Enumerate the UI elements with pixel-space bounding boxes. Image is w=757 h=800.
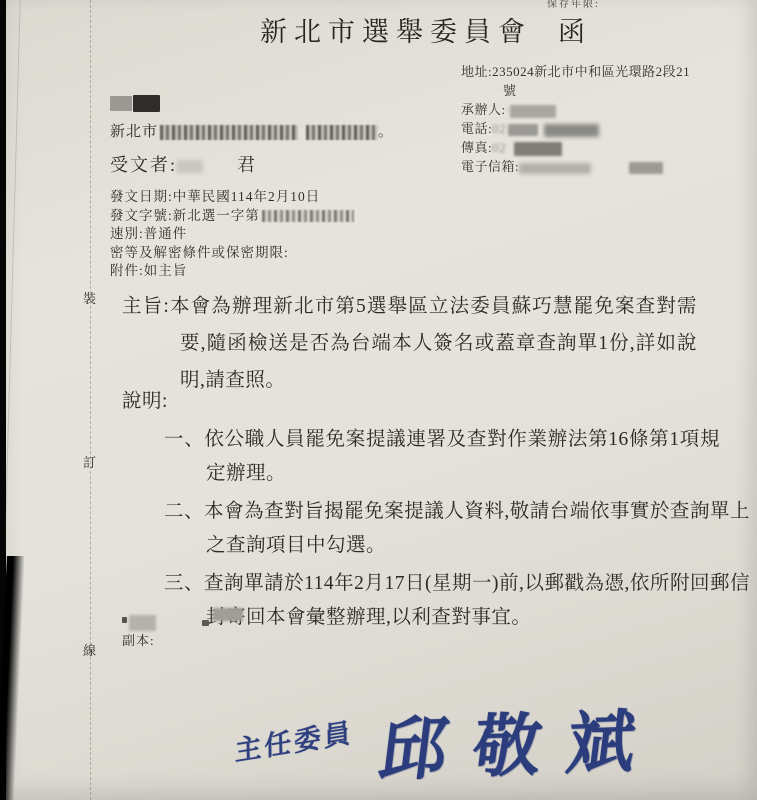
recipient-name-redaction bbox=[177, 160, 203, 173]
doc-number-line: 發文字號:新北選一字第 bbox=[110, 207, 354, 226]
officer-redaction bbox=[510, 105, 556, 118]
binding-dashed-line bbox=[90, 0, 91, 800]
retention-note: 保存年限: bbox=[547, 0, 600, 10]
fax-redaction bbox=[514, 142, 562, 156]
paper-crease bbox=[4, 0, 21, 550]
original-recipient-redactions bbox=[122, 608, 243, 628]
speed-line: 速別:普通件 bbox=[110, 225, 354, 244]
mailing-address-line: 新北市。 bbox=[110, 120, 394, 141]
issuing-agency: 新北市選舉委員會 bbox=[260, 17, 532, 47]
meta-block: 發文日期:中華民國114年2月10日 發文字號:新北選一字第 速別:普通件 密等… bbox=[110, 188, 354, 281]
fax-line: 傳真:02 bbox=[461, 138, 757, 157]
email-line: 電子信箱: bbox=[461, 157, 757, 176]
officer-line: 承辦人:· bbox=[461, 100, 757, 119]
email-redaction bbox=[519, 163, 591, 174]
redaction-speck-2 bbox=[202, 620, 209, 626]
phone-redaction bbox=[508, 124, 538, 136]
security-line: 密等及解密條件或保密期限: bbox=[110, 244, 354, 263]
original-redaction-2 bbox=[213, 608, 243, 621]
address-mosaic-redaction bbox=[160, 125, 298, 140]
paper-sheet: 保存年限: 新北市選舉委員會函 地址:235024新北市中和區光環路2段21 號… bbox=[6, 0, 757, 800]
stamp-redaction-row bbox=[110, 94, 394, 112]
explanation-item-1: 一、依公職人員罷免案提議連署及查對作業辦法第16條第1項規定辦理。 bbox=[164, 423, 720, 491]
copy-to-label: 副本: bbox=[122, 630, 243, 649]
contact-block: 地址:235024新北市中和區光環路2段21 號 承辦人:· 電話:02 傳真:… bbox=[461, 62, 757, 176]
photographed-letter: 保存年限: 新北市選舉委員會函 地址:235024新北市中和區光環路2段21 號… bbox=[0, 0, 757, 800]
recipient-line: 受文者:君 bbox=[110, 151, 394, 177]
explanation-item-3: 三、查詢單請於114年2月17日(星期一)前,以郵戳為憑,依所附回郵信封寄回本會… bbox=[164, 567, 750, 635]
binding-mark-zhuang: 裝 bbox=[83, 288, 96, 307]
doc-number-redaction bbox=[262, 210, 354, 222]
stamp-redaction-dark bbox=[133, 95, 160, 112]
subject-paragraph: 主旨:本會為辦理新北市第5選舉區立法委員蘇巧慧罷免案查對需要,隨函檢送是否為台端… bbox=[122, 288, 697, 399]
address-line-2: 號 bbox=[461, 81, 757, 100]
stamp-redaction-light bbox=[110, 96, 132, 111]
issue-date-line: 發文日期:中華民國114年2月10日 bbox=[110, 188, 354, 207]
addressee-block: 新北市。 受文者:君 bbox=[110, 94, 394, 177]
email-redaction-2 bbox=[629, 162, 663, 174]
signature-block: 主任委員 邱敬斌 bbox=[234, 692, 674, 789]
address-mosaic-redaction-2 bbox=[306, 125, 378, 140]
phone-redaction-2 bbox=[544, 124, 599, 137]
explanation-label: 說明: bbox=[122, 385, 750, 419]
signer-name-signature: 邱敬斌 bbox=[374, 687, 668, 794]
subject-label: 主旨: bbox=[122, 296, 169, 317]
redaction-speck bbox=[122, 617, 127, 623]
explanation-item-2: 二、本會為查對旨揭罷免案提議人資料,敬請台端依事實於查詢單上之查詢項目中勾選。 bbox=[164, 495, 750, 563]
document-title: 新北市選舉委員會函 bbox=[66, 10, 757, 49]
phone-line: 電話:02 bbox=[461, 119, 757, 138]
binding-mark-xian: 線 bbox=[83, 640, 96, 659]
signer-title: 主任委員 bbox=[234, 710, 353, 768]
copies-block: 副本: bbox=[122, 608, 243, 649]
document-type: 函 bbox=[558, 17, 592, 47]
original-redaction bbox=[129, 615, 156, 631]
explanation-section: 說明: 一、依公職人員罷免案提議連署及查對作業辦法第16條第1項規定辦理。 二、… bbox=[122, 385, 750, 635]
attachment-line: 附件:如主旨 bbox=[110, 262, 354, 281]
binding-mark-ding: 訂 bbox=[83, 452, 96, 471]
address-line: 地址:235024新北市中和區光環路2段21 bbox=[461, 62, 757, 81]
subject-text: 本會為辦理新北市第5選舉區立法委員蘇巧慧罷免案查對需要,隨函檢送是否為台端本人簽… bbox=[169, 296, 697, 391]
